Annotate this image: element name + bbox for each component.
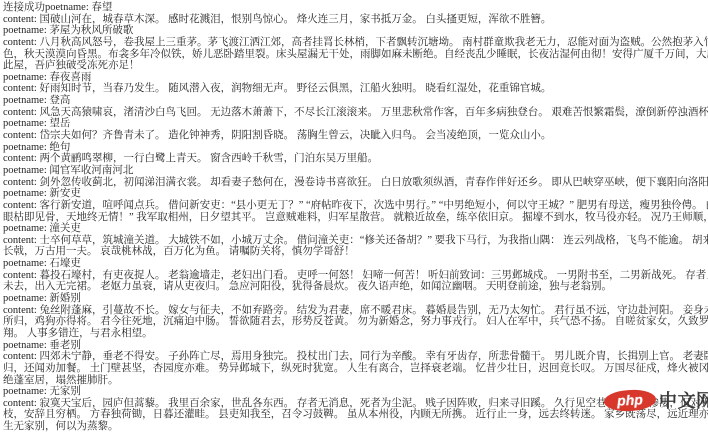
content-wrap-line: 长戟，万古用一夫。 哀哉桃林战，百万化为鱼。 请嘱防关将，慎勿学哥舒！ xyxy=(3,246,708,258)
content-wrap-line: 此屋，吾庐独破受冻死亦足！ xyxy=(3,60,708,72)
content-wrap-line: 翔。 人事多错迕，与君永相望。 xyxy=(3,328,708,340)
content-wrap-line: 绝蓬室居，塌然摧肺肝。 xyxy=(3,375,708,387)
php-logo-icon: php xyxy=(603,388,656,412)
poetname-line: poetname: 茅屋为秋风所破歌 xyxy=(3,25,708,37)
poem-query-output: 连接成功poetname: 春望content: 国破山河在，城春草木深。 感时… xyxy=(3,2,708,433)
content-line: content: 岱宗夫如何？齐鲁青未了。 造化钟神秀，阴阳割昏晓。 荡胸生曾云… xyxy=(3,130,708,142)
content-wrap-line: 色，秋天漠漠向昏黑。布衾多年冷似铁，娇儿恶卧踏里裂。床头屋漏无干处，雨脚如麻未断… xyxy=(3,49,708,61)
poetname-line: poetname: 无家别 xyxy=(3,386,708,398)
poetname-line: poetname: 望岳 xyxy=(3,118,708,130)
content-line: content: 客行新安道，喧呼闻点兵。 借问新安吏：“县小更无丁？” “府帖… xyxy=(3,200,708,212)
status-and-poetname-line: 连接成功poetname: 春望 xyxy=(3,2,708,14)
poetname-line: poetname: 闻官军收河南河北 xyxy=(3,165,708,177)
content-wrap-line: 眼枯即见骨，天地终无情！” 我军取相州，日夕望其平。 岂意贼难料，归军星散营。 … xyxy=(3,212,708,224)
watermark-site-name: 中文网 xyxy=(659,387,708,413)
query-output-page: { "connection_status": "连接成功", "field_la… xyxy=(0,0,708,433)
content-wrap-line: 未去，出入无完裙。 老妪力虽衰，请从吏夜归。 急应河阳役，犹得备晨炊。 夜久语声… xyxy=(3,281,708,293)
content-wrap-line: 枝，安辞且穷栖。 方春独荷锄，日暮还灌畦。 县吏知我至，召令习鼓鞞。 虽从本州役… xyxy=(3,409,708,421)
poetname-line: poetname: 潼关吏 xyxy=(3,223,708,235)
poetname-line: poetname: 石壕吏 xyxy=(3,258,708,270)
content-line: content: 好雨知时节，当春乃发生。 随风潜入夜，润物细无声。 野径云俱黑… xyxy=(3,83,708,95)
poetname-line: poetname: 新安吏 xyxy=(3,188,708,200)
poetname-line: poetname: 登高 xyxy=(3,95,708,107)
content-line: content: 寂寞天宝后，园庐但蒿藜。 我里百余家，世乱各东西。 存者无消息… xyxy=(3,398,708,410)
content-wrap-line: 归，还闻劝加餐。 土门壁甚坚，杏园度亦难。 势异邺城下，纵死时犹宽。 人生有离合… xyxy=(3,363,708,375)
poetname-line: poetname: 垂老别 xyxy=(3,340,708,352)
content-wrap-line: 所归，鸡狗亦得将。 君今往死地，沉痛迫中肠。 誓欲随君去，形势反苍黄。 勿为新婚… xyxy=(3,316,708,328)
php-cn-watermark: php 中文网 xyxy=(604,387,708,413)
content-line: content: 两个黄鹂鸣翠柳，一行白鹭上青天。 窗含西岭千秋雪，门泊东吴万里… xyxy=(3,153,708,165)
content-line: content: 国破山河在，城春草木深。 感时花溅泪，恨别鸟惊心。 烽火连三月… xyxy=(3,14,708,26)
content-line: content: 风急天高猿啸哀，渚清沙白鸟飞回。 无边落木萧萧下，不尽长江滚滚… xyxy=(3,107,708,119)
content-line: content: 四郊未宁静，垂老不得安。 子孙阵亡尽，焉用身独完。 投杖出门去… xyxy=(3,351,708,363)
poetname-line: poetname: 春夜喜雨 xyxy=(3,72,708,84)
content-line: content: 八月秋高风怒号，卷我屋上三重茅。茅飞渡江洒江郊，高者挂罥长林梢… xyxy=(3,37,708,49)
content-line: content: 剑外忽传收蓟北，初闻涕泪满衣裳。 却看妻子愁何在，漫卷诗书喜欲… xyxy=(3,177,708,189)
poetname-line: poetname: 新婚别 xyxy=(3,293,708,305)
content-line: content: 兔丝附蓬麻，引蔓故不长。 嫁女与征夫，不如弃路旁。 结发为君妻… xyxy=(3,305,708,317)
content-line: content: 士卒何草草，筑城潼关道。 大城铁不如，小城万丈余。 借问潼关吏… xyxy=(3,235,708,247)
content-line: content: 暮投石壕村，有吏夜捉人。 老翁逾墙走，老妇出门看。 吏呼一何怒… xyxy=(3,270,708,282)
poetname-line: poetname: 绝句 xyxy=(3,142,708,154)
content-wrap-line: 生无家别，何以为蒸黎。 xyxy=(3,421,708,433)
